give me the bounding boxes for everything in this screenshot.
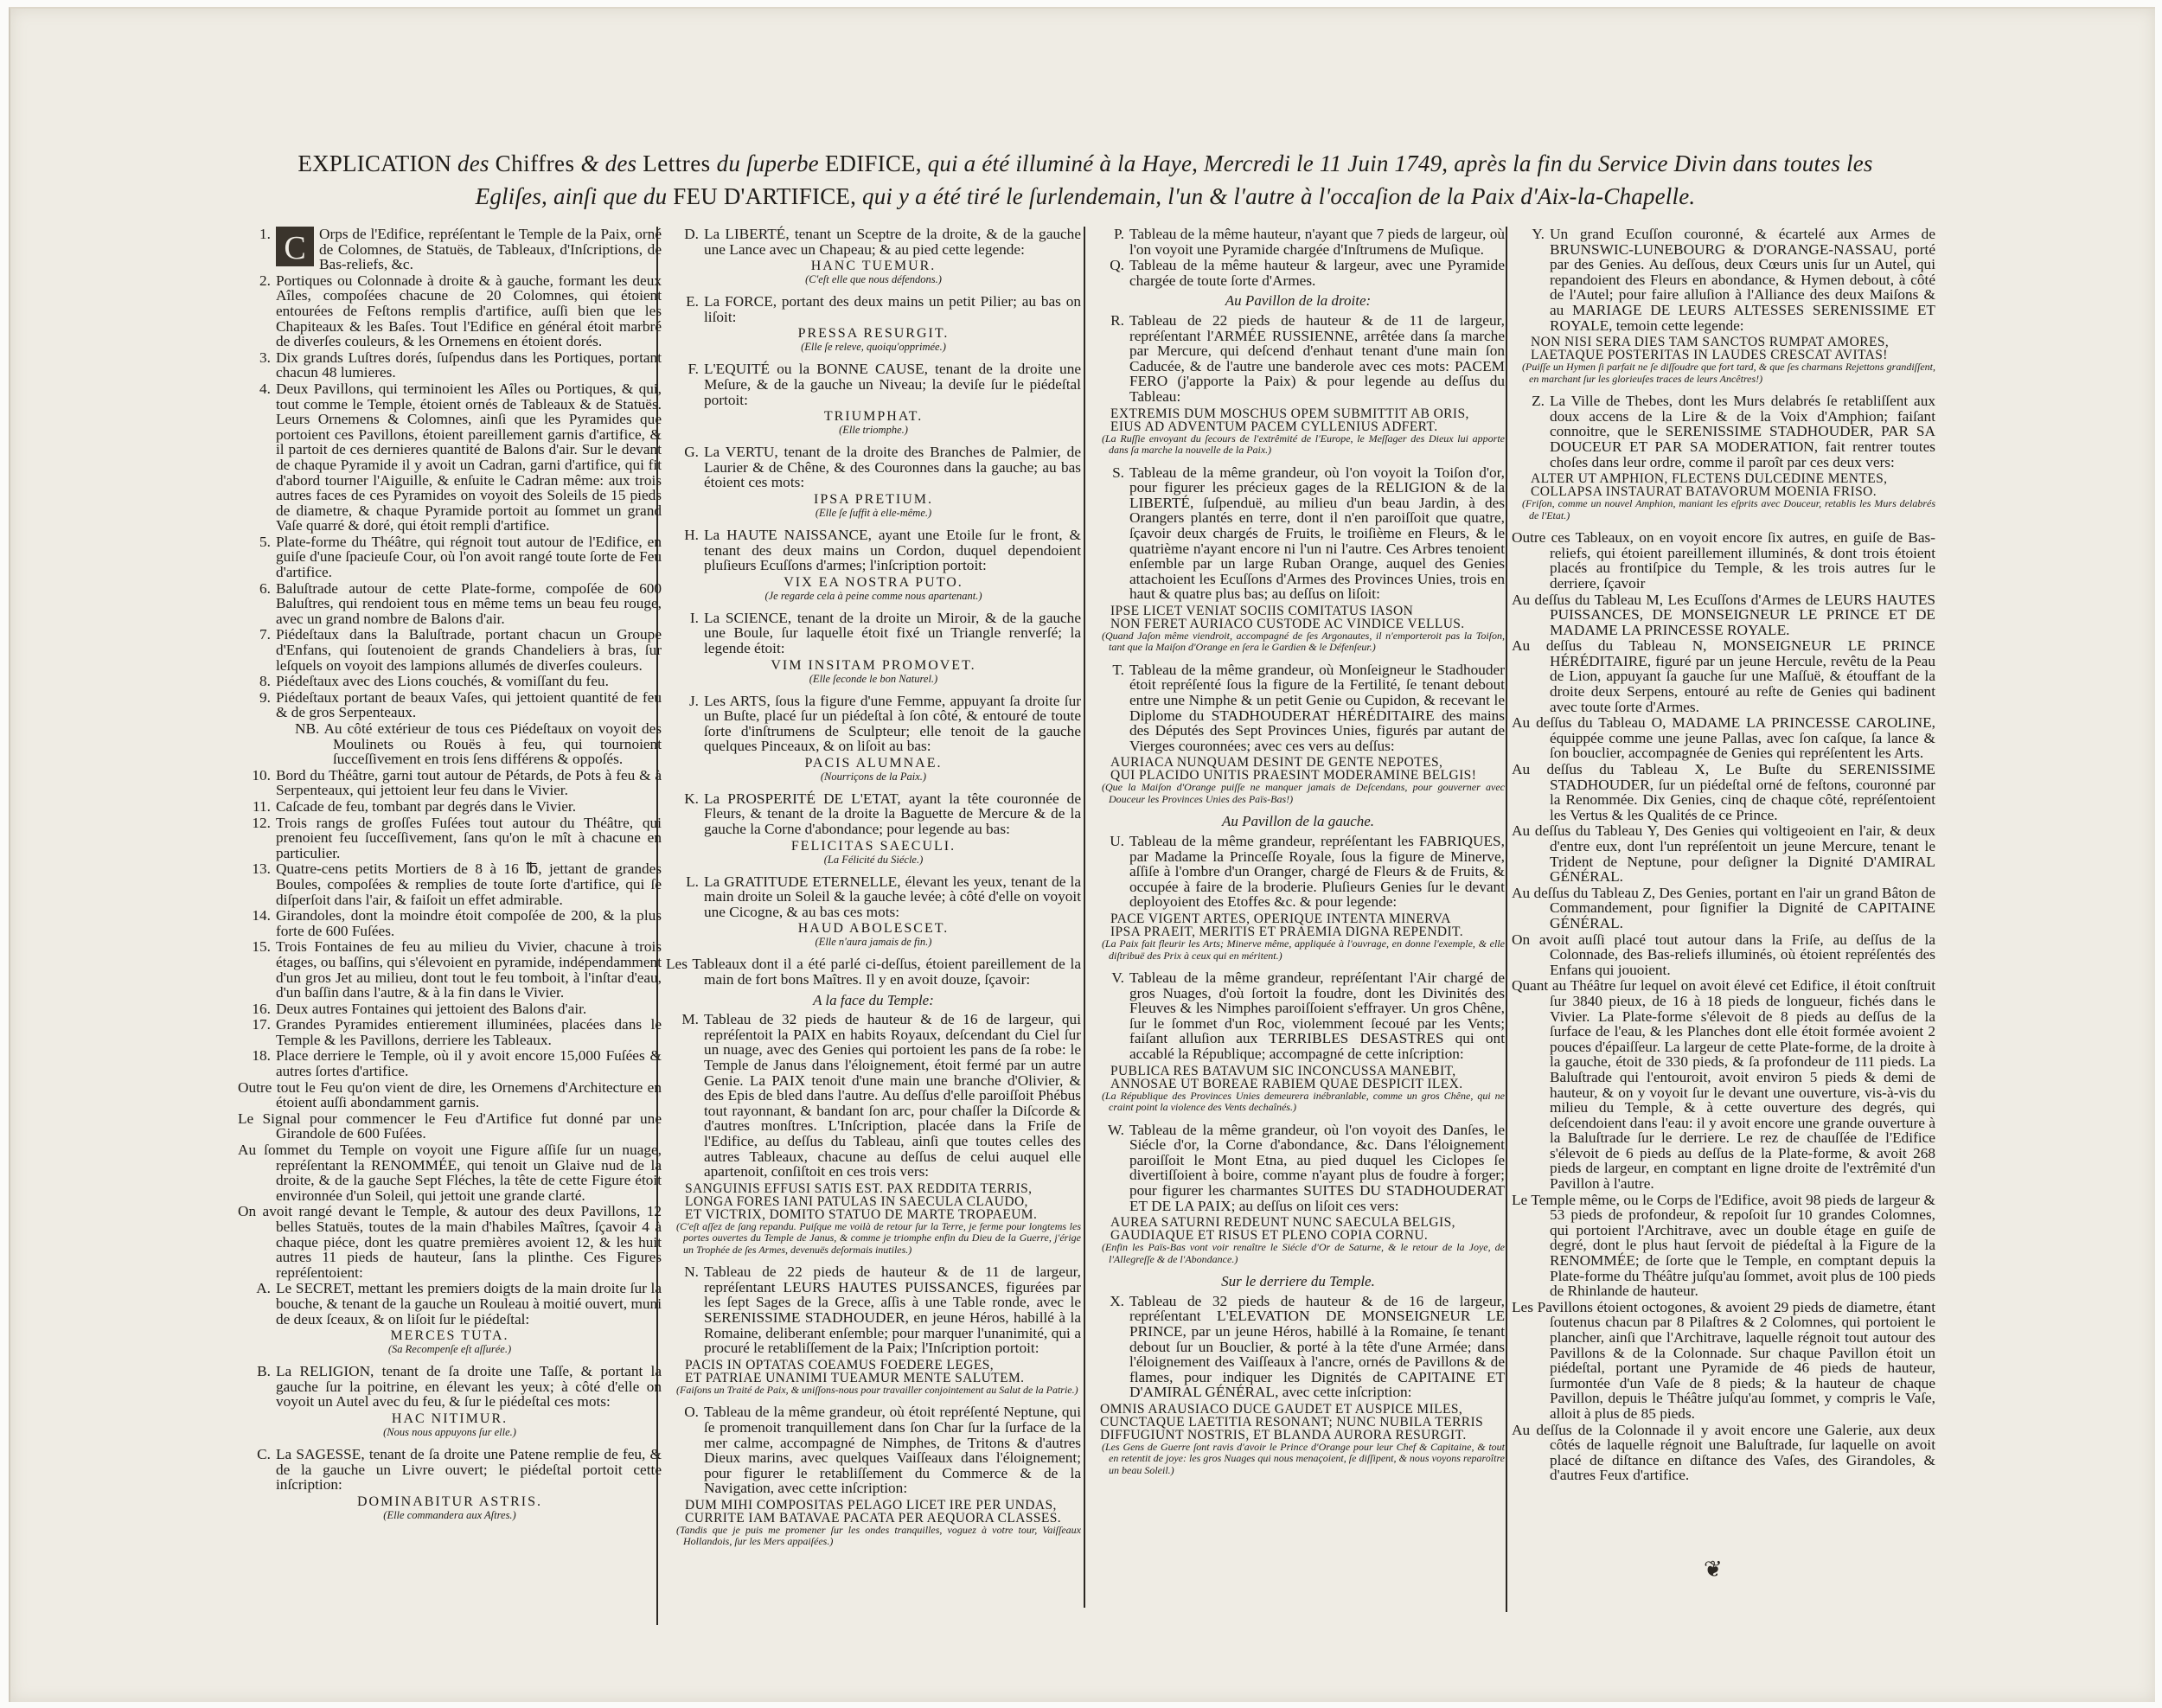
paragraph: Au deſſus du Tableau Z, Des Genies, port… [1512, 886, 1935, 931]
verse-line: DUM MIHI COMPOSITAS PELAGO LICET IRE PER… [666, 1499, 1081, 1512]
statue-entry: F.L'EQUITÉ ou la BONNE CAUSE, tenant de … [666, 361, 1081, 407]
section-subheading: Au Pavillon de la droite: [1091, 293, 1505, 309]
paragraph: Outre ces Tableaux, on en voyoit encore … [1512, 530, 1935, 591]
translation: (Sa Recompenſe eſt aſſurée.) [238, 1343, 662, 1355]
motto: HANC TUEMUR. [666, 259, 1081, 273]
verse-line: AUREA SATURNI REDEUNT NUNC SAECULA BELGI… [1091, 1216, 1505, 1229]
tableau-entry: N.Tableau de 22 pieds de hauteur & de 11… [666, 1264, 1081, 1356]
statue-entry: J.Les ARTS, ſous la figure d'une Femme, … [666, 694, 1081, 754]
motto: VIX EA NOSTRA PUTO. [666, 575, 1081, 590]
list-item: 10.Bord du Théâtre, garni tout autour de… [238, 768, 662, 798]
paragraph: Au ſommet du Temple on voyoit une Figure… [238, 1142, 662, 1203]
motto: VIM INSITAM PROMOVET. [666, 658, 1081, 673]
translation: (Faiſons un Traité de Paix, & uniſſons-n… [666, 1385, 1081, 1397]
list-item: 12.Trois rangs de groſſes Fuſées tout au… [238, 816, 662, 861]
paragraph: Les Tableaux dont il a été parlé ci-deſſ… [666, 956, 1081, 987]
column-1: 1. C Orps de l'Edifice, repréſentant le … [238, 227, 662, 1530]
verse-line: EXTREMIS DUM MOSCHUS OPEM SUBMITTIT AB O… [1091, 407, 1505, 420]
translation: (Puiſſe un Hymen ſi parfait ne ſe diſſou… [1512, 361, 1935, 385]
section-subheading: Sur le derriere du Temple. [1091, 1274, 1505, 1289]
paragraph: Au deſſus du Tableau O, MADAME LA PRINCE… [1512, 715, 1935, 761]
verse-line: EIUS AD ADVENTUM PACEM CYLLENIUS ADFERT. [1091, 420, 1505, 433]
translation: (Elle ſe releve, quoiqu'opprimée.) [666, 341, 1081, 353]
tableau-entry: W.Tableau de la même grandeur, où l'on v… [1091, 1123, 1505, 1214]
verse-line: IPSA PRAEIT, MERITIS ET PRAEMIA DIGNA RE… [1091, 925, 1505, 938]
statue-entry: H.La HAUTE NAISSANCE, ayant une Etoile ſ… [666, 528, 1081, 573]
translation: (La Paix fait fleurir les Arts; Minerve … [1091, 938, 1505, 962]
verse-line: AURIACA NUNQUAM DESINT DE GENTE NEPOTES, [1091, 756, 1505, 769]
tableau-entry: Q.Tableau de la même hauteur & largeur, … [1091, 258, 1505, 288]
section-subheading: Au Pavillon de la gauche. [1091, 814, 1505, 829]
motto: HAC NITIMUR. [238, 1411, 662, 1426]
translation: (Que la Maiſon d'Orange puiſſe ne manque… [1091, 782, 1505, 805]
paragraph: On avoit auſſi placé tout autour dans la… [1512, 932, 1935, 978]
tableau-entry: Y.Un grand Ecuſſon couronné, & écartelé … [1512, 227, 1935, 333]
list-item: 8.Piédeſtaux avec des Lions couchés, & v… [238, 674, 662, 689]
translation: (Nous nous appuyons ſur elle.) [238, 1426, 662, 1438]
paragraph: Au deſſus de la Colonnade il y avoit enc… [1512, 1423, 1935, 1483]
list-item: 16.Deux autres Fontaines qui jettoient d… [238, 1001, 662, 1017]
translation: (La Félicité du Siécle.) [666, 854, 1081, 866]
motto: TRIUMPHAT. [666, 409, 1081, 424]
paragraph: Au deſſus du Tableau X, Le Buſte du SERE… [1512, 762, 1935, 822]
translation: (Elle n'aura jamais de fin.) [666, 936, 1081, 948]
paragraph: Au deſſus du Tableau Y, Des Genies qui v… [1512, 823, 1935, 884]
paragraph: Au deſſus du Tableau N, MONSEIGNEUR LE P… [1512, 638, 1935, 714]
motto: PACIS ALUMNAE. [666, 756, 1081, 771]
list-item: 7.Piédeſtaux dans la Baluſtrade, portant… [238, 627, 662, 673]
list-item: 15.Trois Fontaines de feu au milieu du V… [238, 939, 662, 1000]
translation: (Quand Jaſon même viendroit, accompagné … [1091, 630, 1505, 654]
tableau-entry: Z.La Ville de Thebes, dont les Murs dela… [1512, 393, 1935, 470]
title-explication: EXPLICATION [297, 150, 451, 176]
verse-line: IPSE LICET VENIAT SOCIIS COMITATUS IASON [1091, 605, 1505, 617]
list-item: 2.Portiques ou Colonnade à droite & à ga… [238, 273, 662, 349]
verse-line: SANGUINIS EFFUSI SATIS EST. PAX REDDITA … [666, 1182, 1081, 1195]
translation: (C'eſt elle que nous défendons.) [666, 273, 1081, 285]
verse-line: ANNOSAE UT BOREAE RABIEM QUAE DESPICIT I… [1091, 1078, 1505, 1091]
translation: (Nourriçons de la Paix.) [666, 771, 1081, 783]
translation: (La République des Provinces Unies demeu… [1091, 1091, 1505, 1114]
list-item: 13.Quatre-cens petits Mortiers de 8 à 16… [238, 861, 662, 907]
translation: (Enfin les Païs-Bas vont voir renaître l… [1091, 1242, 1505, 1265]
motto: HAUD ABOLESCET. [666, 921, 1081, 936]
statue-entry: L.La GRATITUDE ETERNELLE, élevant les ye… [666, 874, 1081, 920]
list-item: 5.Plate-forme du Théâtre, qui régnoit to… [238, 534, 662, 580]
verse-line: NON FERET AURIACO CUSTODE AC VINDICE VEL… [1091, 617, 1505, 630]
tableau-entry: U.Tableau de la même grandeur, repréſent… [1091, 834, 1505, 910]
verse-line: DIFFUGIUNT NOSTRIS, ET BLANDA AURORA RES… [1091, 1429, 1505, 1442]
section-subheading: A la face du Temple: [666, 993, 1081, 1008]
translation: (Friſon, comme un nouvel Amphion, manian… [1512, 498, 1935, 521]
motto: FELICITAS SAECULI. [666, 839, 1081, 854]
verse-line: ET PATRIAE UNANIMI TUEAMUR MENTE SALUTEM… [666, 1372, 1081, 1385]
paragraph: Les Pavillons étoient octogones, & avoie… [1512, 1300, 1935, 1422]
statue-entry: D.La LIBERTÉ, tenant un Sceptre de la dr… [666, 227, 1081, 257]
tableau-entry: P.Tableau de la même hauteur, n'ayant qu… [1091, 227, 1505, 257]
paragraph: Quant au Théâtre ſur lequel on avoit éle… [1512, 978, 1935, 1191]
motto: IPSA PRETIUM. [666, 492, 1081, 507]
list-item: 6.Baluſtrade autour de cette Plate-forme… [238, 581, 662, 627]
tableau-entry: T.Tableau de la même grandeur, où Monſei… [1091, 662, 1505, 754]
statue-entry: K.La PROSPERITÉ DE L'ETAT, ayant la tête… [666, 791, 1081, 837]
list-item: 3.Dix grands Luſtres dorés, ſuſpendus da… [238, 350, 662, 381]
column-2: D.La LIBERTÉ, tenant un Sceptre de la dr… [666, 227, 1081, 1557]
paragraph: Le Signal pour commencer le Feu d'Artifi… [238, 1111, 662, 1142]
tableau-entry: X.Tableau de 32 pieds de hauteur & de 16… [1091, 1294, 1505, 1400]
statue-entry: B.La RELIGION, tenant de ſa droite une T… [238, 1364, 662, 1410]
verse-line: GAUDIAQUE ET RISUS ET PLENO COPIA CORNU. [1091, 1229, 1505, 1242]
list-item: 11.Caſcade de feu, tombant par degrés da… [238, 799, 662, 815]
column-rule [1506, 227, 1507, 1612]
tableau-entry: O.Tableau de la même grandeur, où étoit … [666, 1404, 1081, 1496]
translation: (Elle triomphe.) [666, 424, 1081, 436]
list-item: 9.Piédeſtaux portant de beaux Vaſes, qui… [238, 690, 662, 720]
list-item: 1. C Orps de l'Edifice, repréſentant le … [238, 227, 662, 272]
ornamental-initial-icon: C [276, 227, 314, 266]
tableau-entry: S.Tableau de la même grandeur, où l'on v… [1091, 465, 1505, 602]
verse-line: LONGA FORES IANI PATULAS IN SAECULA CLAU… [666, 1195, 1081, 1208]
verse-line: CURRITE IAM BATAVAE PACATA PER AEQUORA C… [666, 1512, 1081, 1525]
paragraph: On avoit rangé devant le Temple, & autou… [238, 1204, 662, 1280]
column-rule [1084, 227, 1085, 1608]
motto: PRESSA RESURGIT. [666, 326, 1081, 341]
page-title: EXPLICATION des Chiffres & des Lettres d… [225, 147, 1946, 213]
verse-line: ET VICTRIX, DOMITO STATUO DE MARTE TROPA… [666, 1208, 1081, 1221]
paragraph: Le Temple même, ou le Corps de l'Edifice… [1512, 1193, 1935, 1299]
verse-line: NON NISI SERA DIES TAM SANCTOS RUMPAT AM… [1512, 336, 1935, 349]
fleuron-ornament-icon: ❦ [1704, 1557, 1723, 1583]
translation: (Elle commandera aux Aſtres.) [238, 1509, 662, 1521]
translation: (La Ruſſie envoyant du ſecours de l'extr… [1091, 433, 1505, 457]
motto: MERCES TUTA. [238, 1328, 662, 1343]
paragraph: Au deſſus du Tableau M, Les Ecuſſons d'A… [1512, 592, 1935, 638]
translation: (Tandis que je puis me promener ſur les … [666, 1525, 1081, 1548]
translation: (Elle ſe ſuffit à elle-même.) [666, 507, 1081, 519]
verse-line: PUBLICA RES BATAVUM SIC INCONCUSSA MANEB… [1091, 1065, 1505, 1078]
list-item: 17.Grandes Pyramides entierement illumin… [238, 1017, 662, 1047]
statue-entry: E.La FORCE, portant des deux mains un pe… [666, 294, 1081, 324]
translation: (Je regarde cela à peine comme nous apar… [666, 590, 1081, 602]
verse-line: PACE VIGENT ARTES, OPERIQUE INTENTA MINE… [1091, 912, 1505, 925]
nota-bene: NB. Au côté extérieur de tous ces Piédeſ… [238, 721, 662, 767]
verse-line: OMNIS ARAUSIACO DUCE GAUDET ET AUSPICE M… [1091, 1403, 1505, 1416]
column-4: Y.Un grand Ecuſſon couronné, & écartelé … [1512, 227, 1935, 1484]
verse-line: ALTER UT AMPHION, FLECTENS DULCEDINE MEN… [1512, 472, 1935, 485]
statue-entry: C.La SAGESSE, tenant de ſa droite une Pa… [238, 1447, 662, 1493]
translation: (C'eſt aſſez de ſang repandu. Puiſque me… [666, 1221, 1081, 1257]
statue-entry: A.Le SECRET, mettant les premiers doigts… [238, 1281, 662, 1327]
statue-entry: G.La VERTU, tenant de la droite des Bran… [666, 445, 1081, 490]
tableau-entry: R.Tableau de 22 pieds de hauteur & de 11… [1091, 313, 1505, 405]
column-3: P.Tableau de la même hauteur, n'ayant qu… [1091, 227, 1505, 1485]
list-item: 4.Deux Pavillons, qui terminoient les Aî… [238, 381, 662, 534]
statue-entry: I.La SCIENCE, tenant de la droite un Mir… [666, 611, 1081, 656]
verse-line: CUNCTAQUE LAETITIA RESONANT; NUNC NUBILA… [1091, 1416, 1505, 1429]
verse-line: PACIS IN OPTATAS COEAMUS FOEDERE LEGES, [666, 1359, 1081, 1372]
verse-line: QUI PLACIDO UNITIS PRAESINT MODERAMINE B… [1091, 769, 1505, 782]
verse-line: LAETAQUE POSTERITAS IN LAUDES CRESCAT AV… [1512, 349, 1935, 361]
tableau-entry: V.Tableau de la même grandeur, repréſent… [1091, 970, 1505, 1062]
list-item: 18.Place derriere le Temple, où il y avo… [238, 1048, 662, 1078]
paragraph: Outre tout le Feu qu'on vient de dire, l… [238, 1080, 662, 1110]
tableau-entry: M.Tableau de 32 pieds de hauteur & de 16… [666, 1012, 1081, 1180]
translation: (Les Gens de Guerre ſont ravis d'avoir l… [1091, 1442, 1505, 1477]
verse-line: COLLAPSA INSTAURAT BATAVORUM MOENIA FRIS… [1512, 485, 1935, 498]
motto: DOMINABITUR ASTRIS. [238, 1494, 662, 1509]
translation: (Elle ſeconde le bon Naturel.) [666, 673, 1081, 685]
list-item: 14.Girandoles, dont la moindre étoit com… [238, 908, 662, 938]
